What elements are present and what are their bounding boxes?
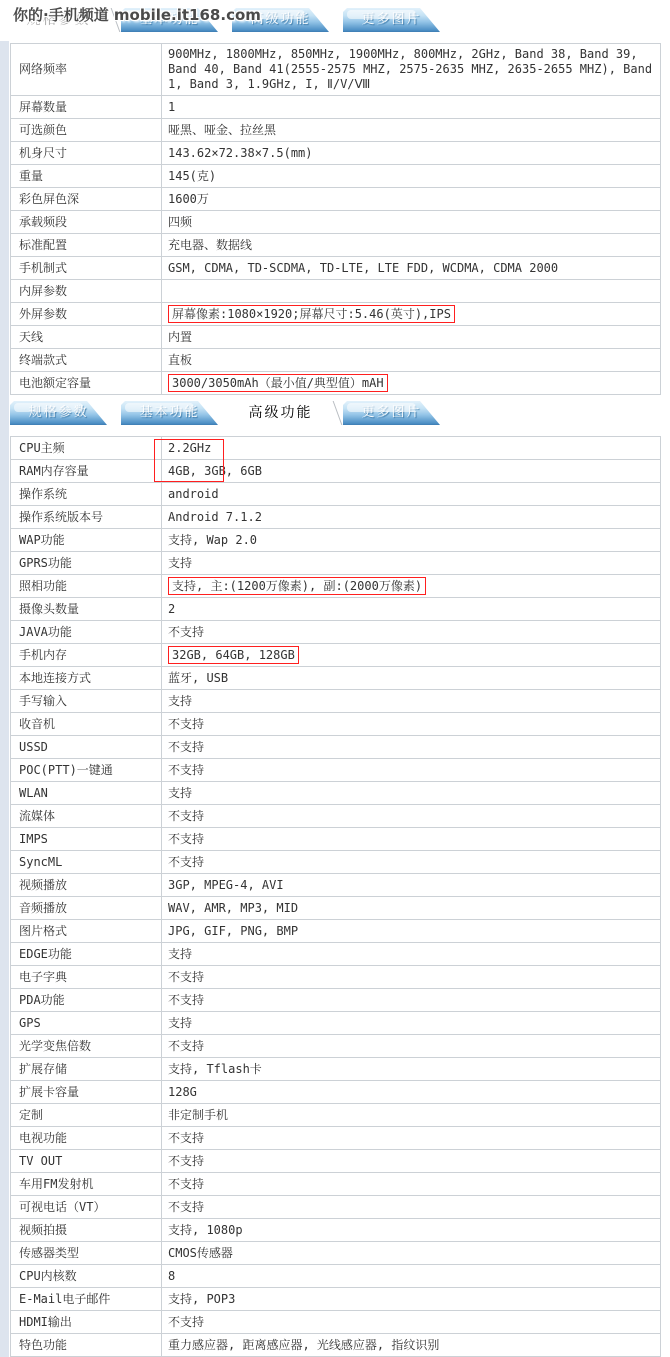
row-label: CPU内核数 <box>11 1265 162 1288</box>
row-label: 光学变焦倍数 <box>11 1035 162 1058</box>
table-row: GPS支持 <box>11 1012 661 1035</box>
row-label: SyncML <box>11 851 162 874</box>
content-area: 规格参数基本功能高级功能更多图片 网络频率900MHz, 1800MHz, 85… <box>10 0 661 1357</box>
row-label: USSD <box>11 736 162 759</box>
table-row: 车用FM发射机不支持 <box>11 1173 661 1196</box>
row-label: 可视电话（VT） <box>11 1196 162 1219</box>
row-value: Android 7.1.2 <box>162 506 661 529</box>
table-row: 电子字典不支持 <box>11 966 661 989</box>
row-label: 电视功能 <box>11 1127 162 1150</box>
feature-table-wrap: CPU主频2.2GHzRAM内存容量4GB, 3GB, 6GB操作系统andro… <box>10 436 661 1357</box>
table-row: 视频播放3GP, MPEG-4, AVI <box>11 874 661 897</box>
row-label: GPS <box>11 1012 162 1035</box>
table-row: 可视电话（VT）不支持 <box>11 1196 661 1219</box>
table-row: 手机制式GSM, CDMA, TD-SCDMA, TD-LTE, LTE FDD… <box>11 257 661 280</box>
row-label: 标准配置 <box>11 234 162 257</box>
tab-更多图片[interactable]: 更多图片 <box>343 401 440 425</box>
row-label: 电子字典 <box>11 966 162 989</box>
table-row: 特色功能重力感应器, 距离感应器, 光线感应器, 指纹识别 <box>11 1334 661 1357</box>
row-value: 不支持 <box>162 966 661 989</box>
table-row: 视频拍摄支持, 1080p <box>11 1219 661 1242</box>
row-label: IMPS <box>11 828 162 851</box>
row-label: 屏幕数量 <box>11 96 162 119</box>
tab-基本功能[interactable]: 基本功能 <box>121 401 218 425</box>
table-row: 操作系统android <box>11 483 661 506</box>
row-value: 支持, POP3 <box>162 1288 661 1311</box>
table-row: 重量145(克) <box>11 165 661 188</box>
page-left-edge <box>0 41 9 1357</box>
row-value: 支持 <box>162 690 661 713</box>
row-label: 音频播放 <box>11 897 162 920</box>
row-value: 32GB, 64GB, 128GB <box>162 644 661 667</box>
row-label: 外屏参数 <box>11 303 162 326</box>
table-row: 机身尺寸143.62×72.38×7.5(mm) <box>11 142 661 165</box>
table-row: JAVA功能不支持 <box>11 621 661 644</box>
table-row: 承载频段四频 <box>11 211 661 234</box>
row-label: 操作系统 <box>11 483 162 506</box>
row-label: 车用FM发射机 <box>11 1173 162 1196</box>
table-row: E-Mail电子邮件支持, POP3 <box>11 1288 661 1311</box>
row-value <box>162 280 661 303</box>
tab-规格参数[interactable]: 规格参数 <box>10 401 107 425</box>
table-row: 摄像头数量2 <box>11 598 661 621</box>
row-label: CPU主频 <box>11 437 162 460</box>
table-row: 网络频率900MHz, 1800MHz, 850MHz, 1900MHz, 80… <box>11 44 661 96</box>
row-label: 彩色屏色深 <box>11 188 162 211</box>
row-value: 不支持 <box>162 1196 661 1219</box>
table-row: WLAN支持 <box>11 782 661 805</box>
table-row: 屏幕数量1 <box>11 96 661 119</box>
table-row: USSD不支持 <box>11 736 661 759</box>
row-value: 4GB, 3GB, 6GB <box>162 460 661 483</box>
site-watermark: 你的·手机频道 mobile.it168.com <box>13 4 261 25</box>
table-row: RAM内存容量4GB, 3GB, 6GB <box>11 460 661 483</box>
row-label: 承载频段 <box>11 211 162 234</box>
row-label: TV OUT <box>11 1150 162 1173</box>
row-value: 145(克) <box>162 165 661 188</box>
table-row: 流媒体不支持 <box>11 805 661 828</box>
row-value: 重力感应器, 距离感应器, 光线感应器, 指纹识别 <box>162 1334 661 1357</box>
highlighted-value: 32GB, 64GB, 128GB <box>168 646 299 664</box>
table-row: CPU内核数8 <box>11 1265 661 1288</box>
row-value: 900MHz, 1800MHz, 850MHz, 1900MHz, 800MHz… <box>162 44 661 96</box>
table-row: POC(PTT)一键通不支持 <box>11 759 661 782</box>
row-label: 图片格式 <box>11 920 162 943</box>
highlighted-value: 3000/3050mAh（最小值/典型值）mAH <box>168 374 388 392</box>
table-row: TV OUT不支持 <box>11 1150 661 1173</box>
row-label: 内屏参数 <box>11 280 162 303</box>
table-row: 内屏参数 <box>11 280 661 303</box>
row-value: 1 <box>162 96 661 119</box>
row-value: 2 <box>162 598 661 621</box>
row-value: 非定制手机 <box>162 1104 661 1127</box>
tab-gloss <box>14 403 83 412</box>
row-value: 支持 <box>162 552 661 575</box>
row-label: 操作系统版本号 <box>11 506 162 529</box>
row-value: JPG, GIF, PNG, BMP <box>162 920 661 943</box>
table-row: 传感器类型CMOS传感器 <box>11 1242 661 1265</box>
table-row: 可选颜色哑黑、哑金、拉丝黑 <box>11 119 661 142</box>
row-value: 支持 <box>162 1012 661 1035</box>
row-label: 摄像头数量 <box>11 598 162 621</box>
highlighted-value: 屏幕像素:1080×1920;屏幕尺寸:5.46(英寸),IPS <box>168 305 455 323</box>
table-row: 光学变焦倍数不支持 <box>11 1035 661 1058</box>
row-value: 支持 <box>162 943 661 966</box>
row-value: 支持, 主:(1200万像素), 副:(2000万像素) <box>162 575 661 598</box>
table-row: 手机内存32GB, 64GB, 128GB <box>11 644 661 667</box>
row-label: 收音机 <box>11 713 162 736</box>
row-label: 终端款式 <box>11 349 162 372</box>
row-value: CMOS传感器 <box>162 1242 661 1265</box>
row-label: WAP功能 <box>11 529 162 552</box>
row-label: HDMI输出 <box>11 1311 162 1334</box>
table-row: 本地连接方式蓝牙, USB <box>11 667 661 690</box>
table-row: 终端款式直板 <box>11 349 661 372</box>
highlighted-value: 支持, 主:(1200万像素), 副:(2000万像素) <box>168 577 426 595</box>
row-label: 视频播放 <box>11 874 162 897</box>
row-label: 网络频率 <box>11 44 162 96</box>
table-row: 照相功能支持, 主:(1200万像素), 副:(2000万像素) <box>11 575 661 598</box>
row-label: 本地连接方式 <box>11 667 162 690</box>
table-row: GPRS功能支持 <box>11 552 661 575</box>
row-value: 2.2GHz <box>162 437 661 460</box>
row-value: 四频 <box>162 211 661 234</box>
feature-table: CPU主频2.2GHzRAM内存容量4GB, 3GB, 6GB操作系统andro… <box>10 436 661 1357</box>
row-value: 不支持 <box>162 1150 661 1173</box>
row-value: 支持, 1080p <box>162 1219 661 1242</box>
table-row: 扩展卡容量128G <box>11 1081 661 1104</box>
row-value: 不支持 <box>162 851 661 874</box>
spec-table-wrap: 网络频率900MHz, 1800MHz, 850MHz, 1900MHz, 80… <box>10 43 661 395</box>
row-label: WLAN <box>11 782 162 805</box>
row-label: 机身尺寸 <box>11 142 162 165</box>
row-value: 3000/3050mAh（最小值/典型值）mAH <box>162 372 661 395</box>
table-row: CPU主频2.2GHz <box>11 437 661 460</box>
row-value: 支持, Wap 2.0 <box>162 529 661 552</box>
row-value: 不支持 <box>162 1035 661 1058</box>
row-label: 扩展卡容量 <box>11 1081 162 1104</box>
table-row: WAP功能支持, Wap 2.0 <box>11 529 661 552</box>
row-label: 手写输入 <box>11 690 162 713</box>
row-label: 可选颜色 <box>11 119 162 142</box>
table-row: 手写输入支持 <box>11 690 661 713</box>
table-row: 电视功能不支持 <box>11 1127 661 1150</box>
row-value: 屏幕像素:1080×1920;屏幕尺寸:5.46(英寸),IPS <box>162 303 661 326</box>
row-label: GPRS功能 <box>11 552 162 575</box>
row-label: 视频拍摄 <box>11 1219 162 1242</box>
row-label: 特色功能 <box>11 1334 162 1357</box>
row-value: 蓝牙, USB <box>162 667 661 690</box>
row-label: 流媒体 <box>11 805 162 828</box>
row-value: 143.62×72.38×7.5(mm) <box>162 142 661 165</box>
row-value: WAV, AMR, MP3, MID <box>162 897 661 920</box>
row-value: 哑黑、哑金、拉丝黑 <box>162 119 661 142</box>
feature-tab-bar: 规格参数基本功能高级功能更多图片 <box>10 395 661 426</box>
table-row: 图片格式JPG, GIF, PNG, BMP <box>11 920 661 943</box>
table-row: 电池额定容量3000/3050mAh（最小值/典型值）mAH <box>11 372 661 395</box>
row-value: 支持 <box>162 782 661 805</box>
table-row: 彩色屏色深1600万 <box>11 188 661 211</box>
table-row: 定制非定制手机 <box>11 1104 661 1127</box>
row-value: 8 <box>162 1265 661 1288</box>
row-value: 内置 <box>162 326 661 349</box>
table-row: 音频播放WAV, AMR, MP3, MID <box>11 897 661 920</box>
tab-gloss <box>347 403 416 412</box>
row-label: 手机制式 <box>11 257 162 280</box>
row-value: android <box>162 483 661 506</box>
row-value: 不支持 <box>162 1173 661 1196</box>
row-value: 充电器、数据线 <box>162 234 661 257</box>
table-row: 外屏参数屏幕像素:1080×1920;屏幕尺寸:5.46(英寸),IPS <box>11 303 661 326</box>
table-row: 标准配置充电器、数据线 <box>11 234 661 257</box>
row-label: RAM内存容量 <box>11 460 162 483</box>
row-label: JAVA功能 <box>11 621 162 644</box>
row-label: 电池额定容量 <box>11 372 162 395</box>
row-label: E-Mail电子邮件 <box>11 1288 162 1311</box>
tab-更多图片[interactable]: 更多图片 <box>343 8 440 32</box>
table-row: EDGE功能支持 <box>11 943 661 966</box>
row-value: 不支持 <box>162 621 661 644</box>
row-value: 不支持 <box>162 1311 661 1334</box>
row-label: 扩展存储 <box>11 1058 162 1081</box>
row-label: 照相功能 <box>11 575 162 598</box>
table-row: 天线内置 <box>11 326 661 349</box>
table-row: 收音机不支持 <box>11 713 661 736</box>
tab-gloss <box>125 403 194 412</box>
tab-gloss <box>347 10 416 19</box>
row-value: 支持, Tflash卡 <box>162 1058 661 1081</box>
row-label: PDA功能 <box>11 989 162 1012</box>
spec-table: 网络频率900MHz, 1800MHz, 850MHz, 1900MHz, 80… <box>10 43 661 395</box>
row-value: 不支持 <box>162 828 661 851</box>
row-value: 不支持 <box>162 759 661 782</box>
table-row: 扩展存储支持, Tflash卡 <box>11 1058 661 1081</box>
row-value: 不支持 <box>162 736 661 759</box>
table-row: SyncML不支持 <box>11 851 661 874</box>
row-value: 128G <box>162 1081 661 1104</box>
table-row: 操作系统版本号Android 7.1.2 <box>11 506 661 529</box>
row-label: 定制 <box>11 1104 162 1127</box>
row-label: 重量 <box>11 165 162 188</box>
row-label: EDGE功能 <box>11 943 162 966</box>
row-label: 传感器类型 <box>11 1242 162 1265</box>
table-row: PDA功能不支持 <box>11 989 661 1012</box>
row-label: POC(PTT)一键通 <box>11 759 162 782</box>
row-value: 不支持 <box>162 805 661 828</box>
tab-高级功能[interactable]: 高级功能 <box>232 401 329 425</box>
row-label: 天线 <box>11 326 162 349</box>
phone-spec-page: 你的·手机频道 mobile.it168.com 规格参数基本功能高级功能更多图… <box>0 0 670 1357</box>
row-value: GSM, CDMA, TD-SCDMA, TD-LTE, LTE FDD, WC… <box>162 257 661 280</box>
row-value: 3GP, MPEG-4, AVI <box>162 874 661 897</box>
table-row: HDMI输出不支持 <box>11 1311 661 1334</box>
row-value: 不支持 <box>162 989 661 1012</box>
tab-label: 高级功能 <box>249 405 313 421</box>
row-label: 手机内存 <box>11 644 162 667</box>
row-value: 1600万 <box>162 188 661 211</box>
row-value: 不支持 <box>162 713 661 736</box>
row-value: 直板 <box>162 349 661 372</box>
row-value: 不支持 <box>162 1127 661 1150</box>
table-row: IMPS不支持 <box>11 828 661 851</box>
